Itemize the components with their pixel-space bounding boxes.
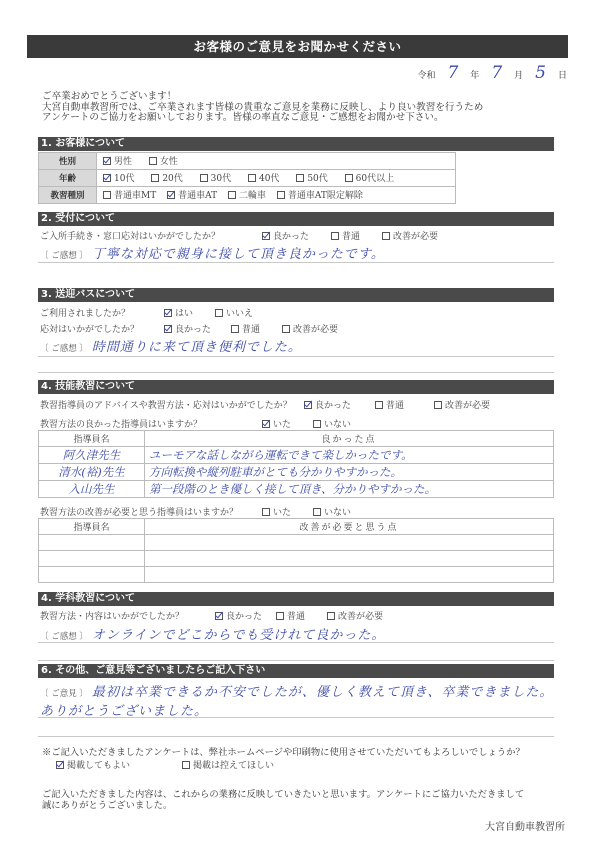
- reception-comment[interactable]: 〔 ご感想 〕 丁寧な対応で親身に接して頂き良かったです。: [40, 243, 385, 262]
- checkbox-label: 二輪車: [239, 188, 266, 201]
- checkbox-icon: [164, 325, 172, 333]
- checkbox-icon: [103, 191, 111, 199]
- table-header-row: 指導員名 改善が必要と思う点: [39, 519, 554, 535]
- column-header-instructor: 指導員名: [39, 519, 145, 535]
- question-text: 応対はいかがでしたか？: [40, 322, 164, 335]
- column-header-instructor: 指導員名: [39, 431, 145, 447]
- checkbox-icon: [382, 232, 390, 240]
- checkbox-age-30s[interactable]: 30代: [200, 171, 231, 184]
- checkbox-label: 男性: [114, 154, 132, 167]
- divider: [38, 262, 554, 263]
- comment-text: 丁寧な対応で親身に接して頂き良かったです。: [92, 243, 385, 262]
- checkbox-label: 良かった: [315, 398, 351, 411]
- school-signature: 大宮自動車教習所: [485, 818, 565, 833]
- checkbox-icon: [277, 191, 285, 199]
- checkbox-needs-improvement[interactable]: 改善が必要: [382, 229, 438, 242]
- checkbox-label: 良かった: [175, 322, 211, 335]
- checkbox-icon: [304, 401, 312, 409]
- question-text: ご入所手続き・窓口応対はいかがでしたか？: [40, 229, 262, 242]
- checkbox-icon: [200, 174, 208, 182]
- checkbox-age-20s[interactable]: 20代: [151, 171, 182, 184]
- date-era: 令和: [417, 68, 435, 81]
- checkbox-age-10s[interactable]: 10代: [103, 171, 134, 184]
- checkbox-icon: [434, 401, 442, 409]
- date-month-field[interactable]: 7: [491, 63, 502, 83]
- checkbox-icon: [313, 508, 321, 516]
- checkbox-icon: [103, 157, 111, 165]
- good-instructor-row: 教習方法の良かった指導員はいますか？ いた いない: [40, 417, 365, 430]
- checkbox-average[interactable]: 普通: [231, 322, 260, 335]
- checkbox-good[interactable]: 良かった: [304, 398, 351, 411]
- instructor-name: 阿久津先生: [63, 448, 121, 462]
- instructor-name: 清水(裕)先生: [58, 465, 124, 479]
- checkbox-icon: [149, 157, 157, 165]
- improve-instructor-row: 教習方法の改善が必要と思う指導員はいますか？ いた いない: [40, 505, 365, 518]
- checkbox-icon: [276, 612, 284, 620]
- checkbox-label: 良かった: [226, 609, 262, 622]
- checkbox-label: 改善が必要: [445, 398, 490, 411]
- comment-text: 時間通りに来て頂き便利でした。: [92, 336, 302, 355]
- checkbox-label: 掲載してもよい: [67, 758, 130, 771]
- checkbox-icon: [262, 232, 270, 240]
- gender-options: 男性 女性: [97, 153, 456, 170]
- checkbox-icon: [164, 309, 172, 317]
- checkbox-icon: [331, 232, 339, 240]
- checkbox-at-limit-removal[interactable]: 普通車AT限定解除: [277, 188, 363, 201]
- closing-line: ご記入いただきました内容は、これからの業務に反映していきたいと思います。アンケー…: [42, 789, 562, 800]
- date-day-field[interactable]: 5: [535, 63, 546, 83]
- checkbox-label: いない: [324, 417, 351, 430]
- checkbox-label: いいえ: [226, 306, 253, 319]
- intro-text: ご卒業おめでとうございます！ 大宮自動車教習所では、ご卒業されます皆様の貴重なご…: [42, 92, 562, 124]
- good-point-text: ユーモアな話しながら運転できて楽しかったです。: [149, 448, 413, 462]
- section-header-classroom-lessons: 4. 学科教習について: [38, 592, 554, 606]
- checkbox-icon: [313, 420, 321, 428]
- checkbox-motorcycle[interactable]: 二輪車: [228, 188, 266, 201]
- bus-service-row: 応対はいかがでしたか？ 良かった 普通 改善が必要: [40, 322, 352, 335]
- publish-consent-question: ※ご記入いただきましたアンケートは、弊社ホームページや印刷物に使用させていただい…: [42, 744, 525, 758]
- form-title: お客様のご意見をお聞かせください: [27, 35, 568, 58]
- checkbox-publish-decline[interactable]: 掲載は控えてほしい: [182, 758, 274, 771]
- bus-used-row: ご利用されましたか？ はい いいえ: [40, 306, 267, 319]
- section-header-reception: 2. 受付について: [38, 212, 554, 226]
- date-day-unit: 日: [558, 68, 567, 81]
- instructor-rating-row: 教習指導員のアドバイスや教習方法・応対はいかがでしたか？ 良かった 普通 改善が…: [40, 398, 504, 411]
- checkbox-label: 改善が必要: [393, 229, 438, 242]
- course-type-label: 教習種別: [39, 187, 97, 204]
- checkbox-good[interactable]: 良かった: [262, 229, 309, 242]
- checkbox-average[interactable]: 普通: [276, 609, 305, 622]
- good-point-cell[interactable]: 第一段階のとき優しく接して頂き、分かりやすかった。: [145, 481, 554, 498]
- closing-message: ご記入いただきました内容は、これからの業務に反映していきたいと思います。アンケー…: [42, 789, 562, 811]
- checkbox-icon: [262, 508, 270, 516]
- checkbox-yes[interactable]: はい: [164, 306, 193, 319]
- divider: [38, 717, 554, 718]
- improve-instructor-table: 指導員名 改善が必要と思う点: [38, 518, 554, 583]
- column-header-good-points: 良かった点: [145, 431, 554, 447]
- table-row: 清水(裕)先生 方向転換や縦列駐車がとても分かりやすかった。: [39, 464, 554, 481]
- checkbox-no[interactable]: いいえ: [215, 306, 253, 319]
- divider: [38, 356, 554, 357]
- customer-info-table: 性別 男性 女性 年齢 10代 20代 30代 40代 50代 60代以上 教習…: [38, 152, 456, 204]
- checkbox-icon: [231, 325, 239, 333]
- comment-text: 最初は卒業できるか不安でしたが、優しく教えて頂き、卒業できました。: [92, 681, 553, 700]
- reception-question-row: ご入所手続き・窓口応対はいかがでしたか？ 良かった 普通 改善が必要: [40, 229, 452, 242]
- checkbox-needs-improvement[interactable]: 改善が必要: [282, 322, 338, 335]
- table-row: 性別 男性 女性: [39, 153, 456, 170]
- checkbox-icon: [327, 612, 335, 620]
- comment-label: 〔 ご意見 〕: [40, 687, 88, 699]
- checkbox-icon: [215, 612, 223, 620]
- checkbox-female[interactable]: 女性: [149, 154, 178, 167]
- divider: [38, 660, 554, 661]
- checkbox-label: 20代: [162, 171, 182, 184]
- comment-label: 〔 ご感想 〕: [40, 342, 88, 354]
- checkbox-icon: [282, 325, 290, 333]
- checkbox-label: 女性: [160, 154, 178, 167]
- checkbox-yes[interactable]: いた: [262, 417, 291, 430]
- checkbox-age-40s[interactable]: 40代: [248, 171, 279, 184]
- checkbox-yes[interactable]: いた: [262, 505, 291, 518]
- checkbox-label: 10代: [114, 171, 134, 184]
- checkbox-label: 改善が必要: [293, 322, 338, 335]
- checkbox-icon: [345, 174, 353, 182]
- checkbox-label: いない: [324, 505, 351, 518]
- checkbox-publish-ok[interactable]: 掲載してもよい: [56, 758, 130, 771]
- table-row: 教習種別 普通車MT 普通車AT 二輪車 普通車AT限定解除: [39, 187, 456, 204]
- checkbox-icon: [56, 761, 64, 769]
- section-header-driving-lessons: 4. 技能教習について: [38, 380, 554, 394]
- checkbox-label: 普通: [242, 322, 260, 335]
- course-type-options: 普通車MT 普通車AT 二輪車 普通車AT限定解除: [97, 187, 456, 204]
- checkbox-label: 普通車AT: [178, 188, 217, 201]
- checkbox-label: 60代以上: [356, 171, 394, 184]
- checkbox-label: 40代: [259, 171, 279, 184]
- checkbox-needs-improvement[interactable]: 改善が必要: [327, 609, 383, 622]
- checkbox-icon: [215, 309, 223, 317]
- divider: [38, 736, 554, 737]
- checkbox-regular-at[interactable]: 普通車AT: [167, 188, 217, 201]
- checkbox-icon: [262, 420, 270, 428]
- checkbox-icon: [228, 191, 236, 199]
- checkbox-male[interactable]: 男性: [103, 154, 132, 167]
- checkbox-age-50s[interactable]: 50代: [296, 171, 327, 184]
- table-row: 入山先生 第一段階のとき優しく接して頂き、分かりやすかった。: [39, 481, 554, 498]
- checkbox-icon: [151, 174, 159, 182]
- section-header-customer: 1. お客様について: [38, 137, 554, 151]
- divider: [38, 372, 554, 373]
- checkbox-no[interactable]: いない: [313, 417, 351, 430]
- improvement-point-cell[interactable]: [145, 551, 554, 567]
- good-point-text: 第一段階のとき優しく接して頂き、分かりやすかった。: [149, 482, 436, 496]
- checkbox-label: 普通: [342, 229, 360, 242]
- age-options: 10代 20代 30代 40代 50代 60代以上: [97, 170, 456, 187]
- gender-label: 性別: [39, 153, 97, 170]
- table-header-row: 指導員名 良かった点: [39, 431, 554, 447]
- improvement-point-cell[interactable]: [145, 567, 554, 583]
- comment-label: 〔 ご感想 〕: [40, 630, 88, 642]
- checkbox-label: 普通: [287, 609, 305, 622]
- instructor-name-cell[interactable]: [39, 567, 145, 583]
- question-text: 教習方法の良かった指導員はいますか？: [40, 417, 262, 430]
- question-text: 教習方法の改善が必要と思う指導員はいますか？: [40, 505, 262, 518]
- instructor-name-cell[interactable]: 阿久津先生: [39, 447, 145, 464]
- checkbox-label: 普通車MT: [114, 188, 156, 201]
- checkbox-icon: [167, 191, 175, 199]
- closing-line: 誠にありがとうございました。: [42, 800, 562, 811]
- date-row: 令和 7 年 7 月 5 日: [417, 63, 567, 83]
- instructor-name-cell[interactable]: [39, 551, 145, 567]
- checkbox-label: 掲載は控えてほしい: [193, 758, 274, 771]
- table-row: [39, 551, 554, 567]
- question-text: ご利用されましたか？: [40, 306, 164, 319]
- good-instructor-table: 指導員名 良かった点 阿久津先生 ユーモアな話しながら運転できて楽しかったです。…: [38, 430, 554, 498]
- other-comment[interactable]: 〔 ご意見 〕 最初は卒業できるか不安でしたが、優しく教えて頂き、卒業できました…: [40, 681, 553, 700]
- comment-label: 〔 ご感想 〕: [40, 249, 88, 261]
- checkbox-average[interactable]: 普通: [331, 229, 360, 242]
- checkbox-age-60plus[interactable]: 60代以上: [345, 171, 394, 184]
- bus-comment[interactable]: 〔 ご感想 〕 時間通りに来て頂き便利でした。: [40, 336, 302, 355]
- table-row: 年齢 10代 20代 30代 40代 50代 60代以上: [39, 170, 456, 187]
- checkbox-average[interactable]: 普通: [375, 398, 404, 411]
- column-header-improvement-points: 改善が必要と思う点: [145, 519, 554, 535]
- instructor-name: 入山先生: [69, 482, 115, 496]
- intro-line: ご卒業おめでとうございます！: [42, 92, 562, 103]
- date-year-unit: 年: [470, 68, 479, 81]
- instructor-name-cell[interactable]: [39, 535, 145, 551]
- checkbox-label: 30代: [211, 171, 231, 184]
- age-label: 年齢: [39, 170, 97, 187]
- good-point-cell[interactable]: 方向転換や縦列駐車がとても分かりやすかった。: [145, 464, 554, 481]
- section-header-other-comments: 6. その他、ご意見等ございましたらご記入下さい: [38, 664, 554, 678]
- checkbox-label: 50代: [307, 171, 327, 184]
- question-text: 教習方法・内容はいかがでしたか？: [40, 609, 215, 622]
- checkbox-icon: [375, 401, 383, 409]
- checkbox-label: はい: [175, 306, 193, 319]
- good-point-cell[interactable]: ユーモアな話しながら運転できて楽しかったです。: [145, 447, 554, 464]
- instructor-name-cell[interactable]: 入山先生: [39, 481, 145, 498]
- checkbox-label: 改善が必要: [338, 609, 383, 622]
- table-row: [39, 567, 554, 583]
- table-row: 阿久津先生 ユーモアな話しながら運転できて楽しかったです。: [39, 447, 554, 464]
- checkbox-label: 普通: [386, 398, 404, 411]
- checkbox-icon: [248, 174, 256, 182]
- good-point-text: 方向転換や縦列駐車がとても分かりやすかった。: [149, 465, 402, 479]
- date-year-field[interactable]: 7: [447, 63, 458, 83]
- classroom-question-row: 教習方法・内容はいかがでしたか？ 良かった 普通 改善が必要: [40, 609, 397, 622]
- comment-text: オンラインでどこからでも受けれて良かった。: [92, 624, 385, 643]
- checkbox-good[interactable]: 良かった: [215, 609, 262, 622]
- checkbox-label: 良かった: [273, 229, 309, 242]
- checkbox-label: いた: [273, 417, 291, 430]
- checkbox-icon: [296, 174, 304, 182]
- checkbox-icon: [182, 761, 190, 769]
- intro-line: アンケートのご協力をお願いしております。皆様の率直なご意見・ご感想をお聞かせ下さ…: [42, 113, 562, 124]
- checkbox-icon: [103, 174, 111, 182]
- classroom-comment[interactable]: 〔 ご感想 〕 オンラインでどこからでも受けれて良かった。: [40, 624, 385, 643]
- publish-consent-options: 掲載してもよい 掲載は控えてほしい: [56, 758, 288, 771]
- instructor-name-cell[interactable]: 清水(裕)先生: [39, 464, 145, 481]
- divider: [38, 642, 554, 643]
- date-month-unit: 月: [514, 68, 523, 81]
- checkbox-regular-mt[interactable]: 普通車MT: [103, 188, 156, 201]
- improvement-point-cell[interactable]: [145, 535, 554, 551]
- checkbox-label: 普通車AT限定解除: [288, 188, 363, 201]
- section-header-shuttle-bus: 3. 送迎バスについて: [38, 288, 554, 302]
- checkbox-no[interactable]: いない: [313, 505, 351, 518]
- checkbox-needs-improvement[interactable]: 改善が必要: [434, 398, 490, 411]
- checkbox-label: いた: [273, 505, 291, 518]
- table-row: [39, 535, 554, 551]
- checkbox-good[interactable]: 良かった: [164, 322, 211, 335]
- question-text: 教習指導員のアドバイスや教習方法・応対はいかがでしたか？: [40, 398, 304, 411]
